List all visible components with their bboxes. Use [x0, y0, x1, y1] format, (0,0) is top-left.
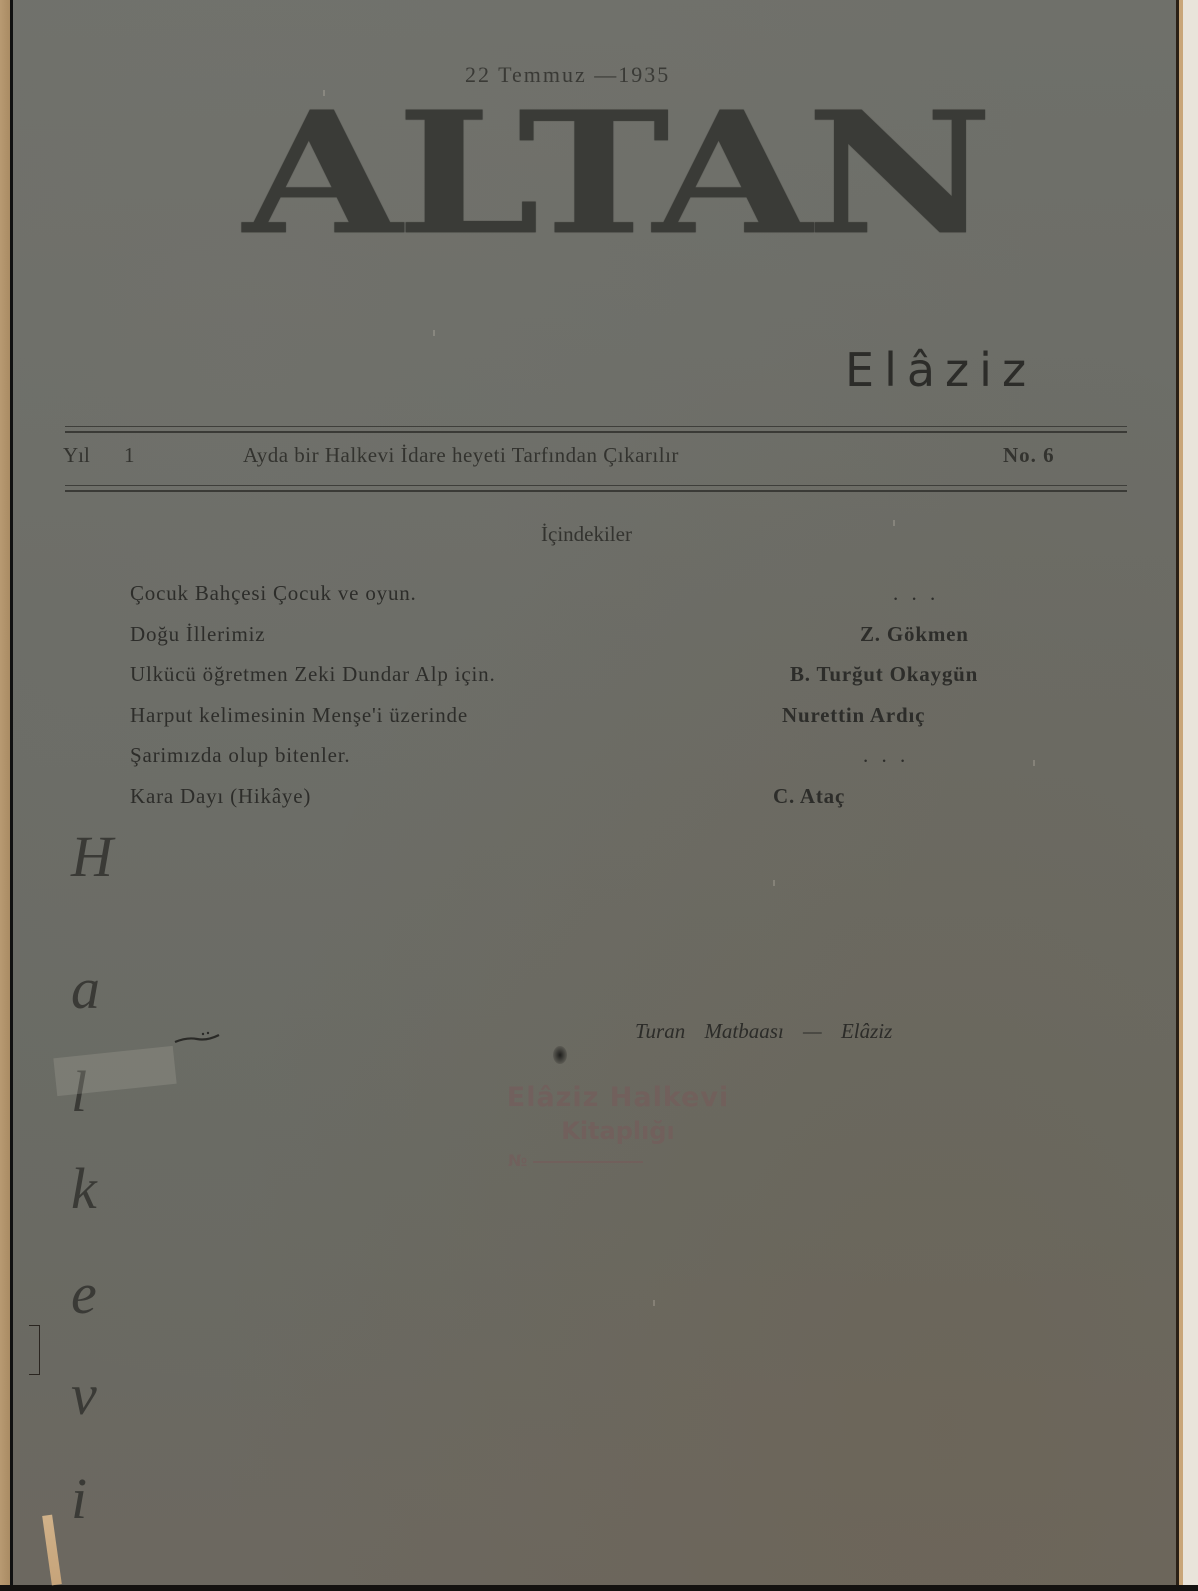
masthead-title: ALTAN [243, 92, 963, 256]
binding-mark [29, 1325, 40, 1375]
stamp-line: Elâziz Halkevi [468, 1082, 768, 1113]
vertical-text-letter: k [71, 1160, 97, 1218]
toc-entry-title: Çocuk Bahçesi Çocuk ve oyun. [130, 581, 417, 606]
stamp-number-line: № [438, 1151, 768, 1170]
toc-heading: İçindekiler [541, 522, 632, 547]
toc-entry-author: B. Turğut Okaygün [790, 662, 978, 687]
vertical-text-letter: a [71, 960, 100, 1018]
library-stamp: Elâziz Halkevi Kitaplığı № [468, 1082, 768, 1170]
paper-fleck [433, 330, 435, 336]
table-of-contents: Çocuk Bahçesi Çocuk ve oyun. . . . Doğu … [118, 581, 1068, 824]
publication-subtitle: Ayda bir Halkevi İdare heyeti Tarfından … [243, 443, 679, 468]
scan-right-margin [1176, 0, 1198, 1591]
toc-entry-author: Nurettin Ardıç [782, 703, 925, 728]
year-number: 1 [124, 443, 135, 468]
toc-entry: Harput kelimesinin Menşe'i üzerinde Nure… [118, 703, 1068, 744]
toc-entry: Çocuk Bahçesi Çocuk ve oyun. . . . [118, 581, 1068, 622]
vertical-text-letter: e [71, 1265, 97, 1323]
divider-rule [65, 485, 1127, 486]
vertical-text-letter: H [71, 828, 113, 886]
vertical-text-letter: v [71, 1366, 97, 1424]
year-label: Yıl [63, 443, 90, 468]
toc-entry-title: Harput kelimesinin Menşe'i üzerinde [130, 703, 468, 728]
paper-fleck [893, 520, 895, 526]
paper-fleck [323, 90, 325, 96]
city-name: Elâziz [845, 343, 1036, 397]
printer-imprint: Turan Matbaası — Elâziz [635, 1019, 892, 1044]
ink-blot [553, 1046, 567, 1064]
toc-entry-author: . . . [893, 581, 939, 606]
scan-bottom-margin [0, 1585, 1198, 1591]
toc-entry-title: Kara Dayı (Hikâye) [130, 784, 311, 809]
handwritten-mark [173, 1031, 221, 1045]
toc-entry: Kara Dayı (Hikâye) C. Ataç [118, 784, 1068, 825]
divider-rule [65, 490, 1127, 492]
toc-entry-title: Ulkücü öğretmen Zeki Dundar Alp için. [130, 662, 496, 687]
stamp-line: Kitaplığı [468, 1117, 768, 1145]
issue-number: No. 6 [1003, 443, 1055, 468]
paper-fleck [1033, 760, 1035, 766]
paper-fleck [773, 880, 775, 886]
paper-fleck [653, 1300, 655, 1306]
toc-entry-title: Şarimızda olup bitenler. [130, 743, 350, 768]
toc-entry: Şarimızda olup bitenler. . . . [118, 743, 1068, 784]
toc-entry-author: . . . [863, 743, 909, 768]
torn-edge [42, 1515, 62, 1586]
toc-entry-author: C. Ataç [773, 784, 845, 809]
toc-entry-title: Doğu İllerimiz [130, 622, 265, 647]
toc-entry: Doğu İllerimiz Z. Gökmen [118, 622, 1068, 663]
publication-info-row: Yıl 1 Ayda bir Halkevi İdare heyeti Tarf… [63, 443, 1123, 473]
divider-rule [65, 426, 1127, 427]
vertical-text-letter: i [71, 1470, 87, 1528]
divider-rule [65, 431, 1127, 433]
tape-residue [53, 1046, 176, 1096]
toc-entry-author: Z. Gökmen [860, 622, 969, 647]
magazine-cover: 22 Temmuz —1935 ALTAN Elâziz Yıl 1 Ayda … [13, 0, 1176, 1585]
toc-entry: Ulkücü öğretmen Zeki Dundar Alp için. B.… [118, 662, 1068, 703]
